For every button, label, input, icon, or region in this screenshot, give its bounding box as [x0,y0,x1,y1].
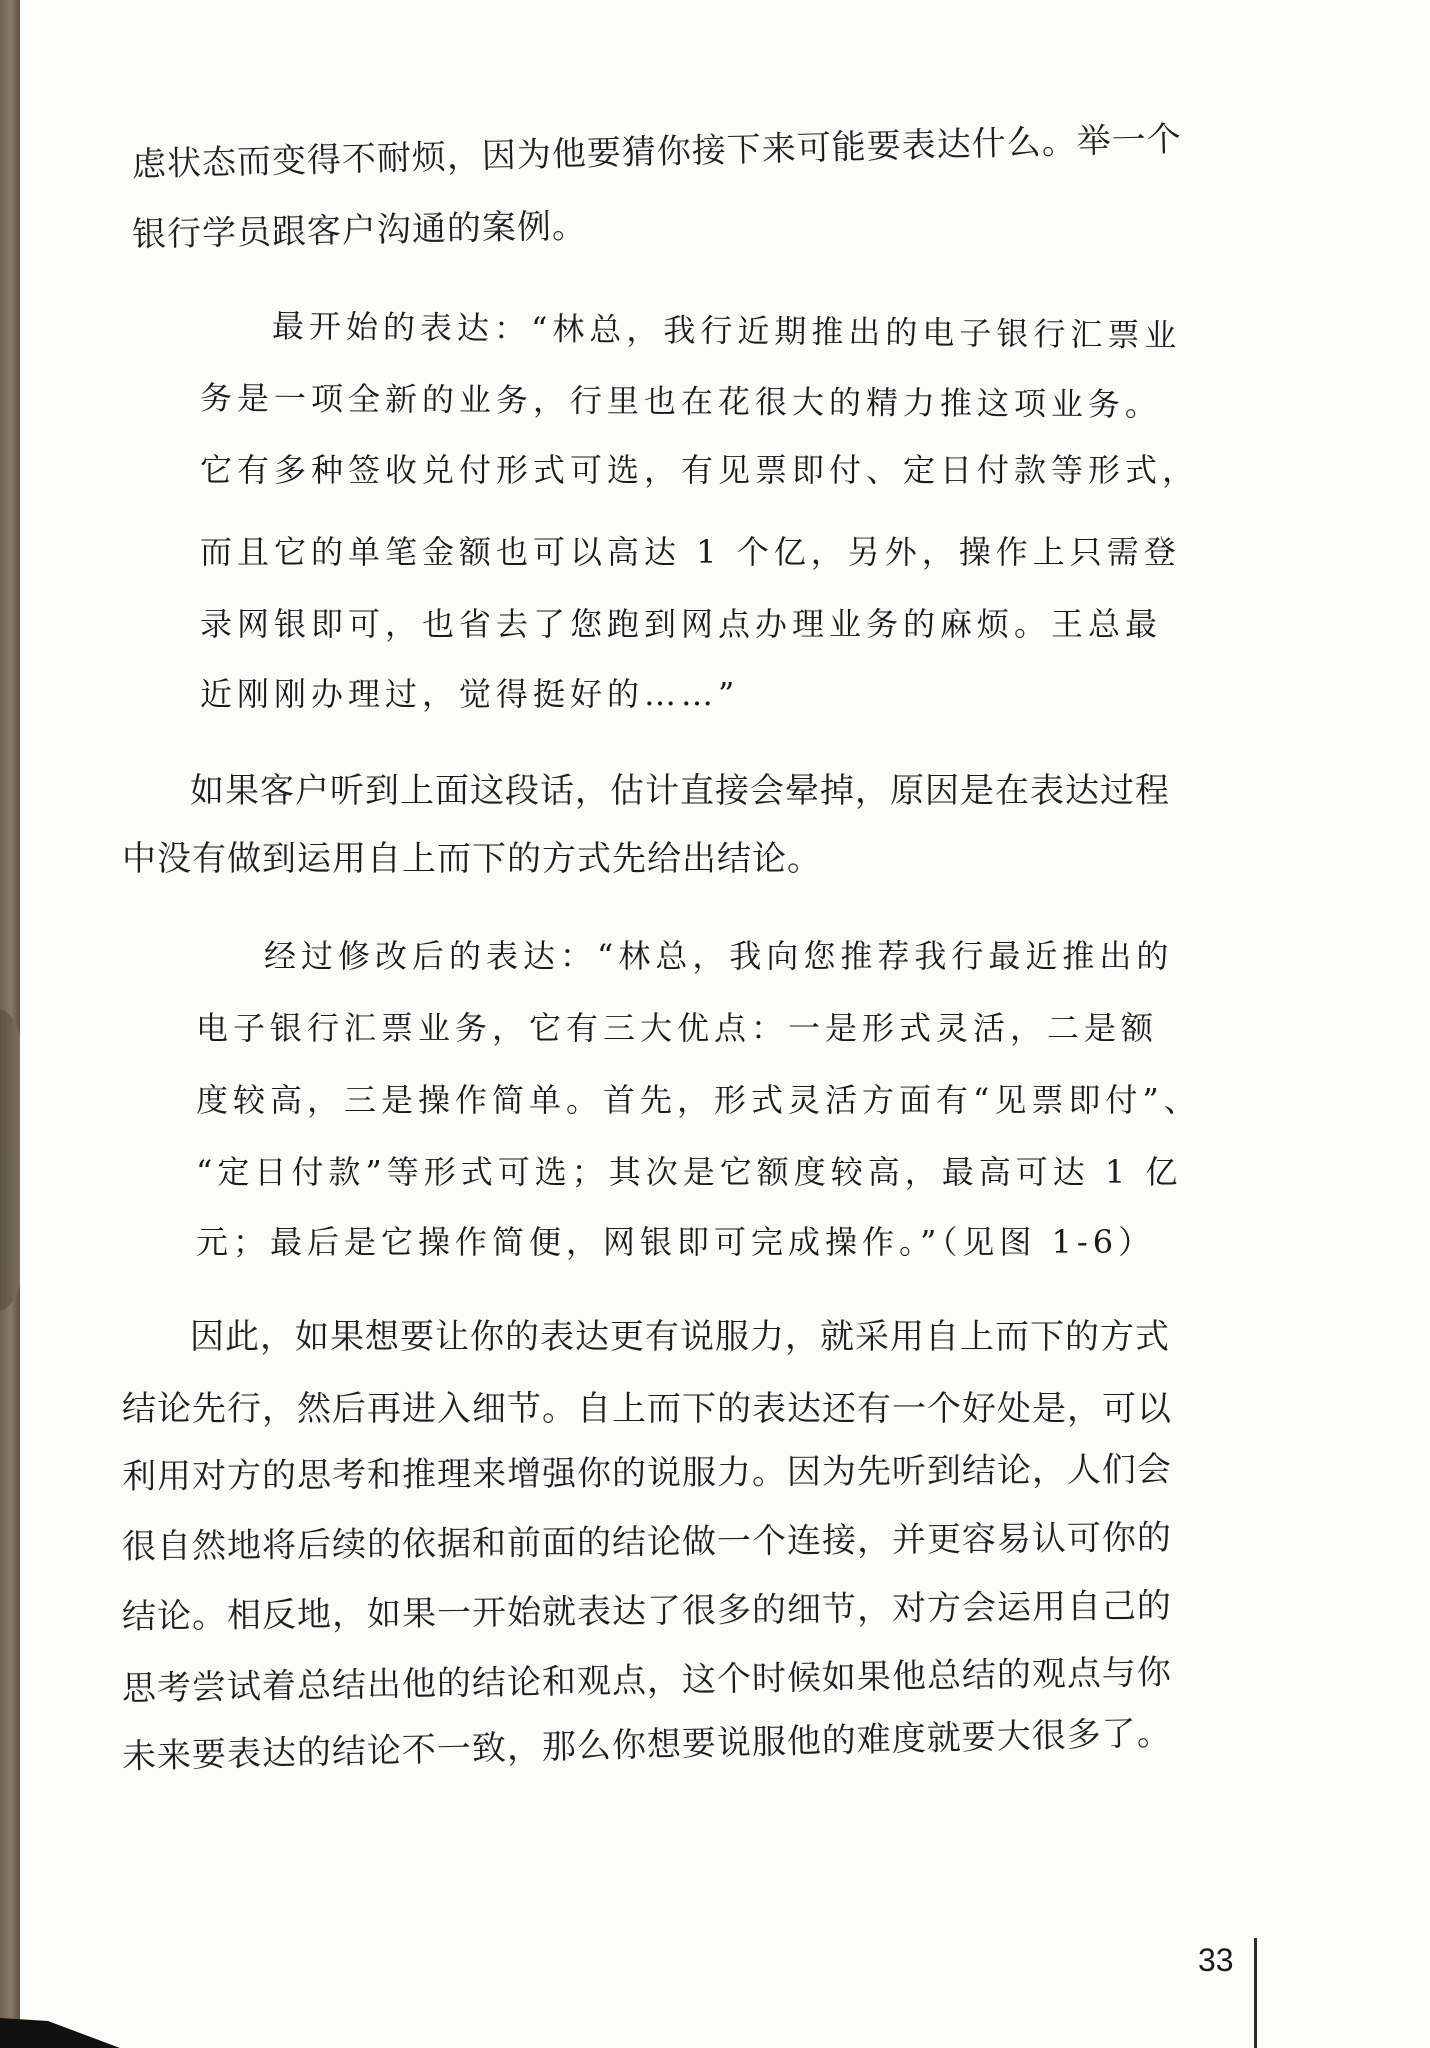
text-line: 虑状态而变得不耐烦，因为他要猜你接下来可能要表达什么。举一个 [132,122,1183,182]
text-line: 未来要表达的结论不一致，那么你想要说服他的难度就要大很多了。 [122,1716,1173,1774]
text-line: 务是一项全新的业务，行里也在花很大的精力推这项业务。 [200,382,1162,421]
text-line: 录网银即可，也省去了您跑到网点办理业务的麻烦。王总最 [200,608,1162,640]
book-page: 虑状态而变得不耐烦，因为他要猜你接下来可能要表达什么。举一个 银行学员跟客户沟通… [20,0,1430,2048]
text-line: 最开始的表达：“林总，我行近期推出的电子银行汇票业 [272,310,1182,352]
text-line: 经过修改后的表达：“林总，我向您推荐我行最近推出的 [264,940,1173,972]
page-number-rule [1254,1938,1257,2048]
text-line: 电子银行汇票业务，它有三大优点：一是形式灵活，二是额 [196,1012,1158,1044]
text-line: 很自然地将后续的依据和前面的结论做一个连接，并更容易认可你的 [122,1521,1172,1564]
text-line: 利用对方的思考和推理来增强你的说服力。因为先听到结论，人们会 [122,1453,1172,1494]
text-line: 思考尝试着总结出他的结论和观点，这个时候如果他总结的观点与你 [122,1656,1172,1706]
text-line: 结论。相反地，如果一开始就表达了很多的细节，对方会运用自己的 [122,1589,1172,1634]
text-line: 度较高，三是操作简单。首先，形式灵活方面有“见票即付”、 [196,1084,1201,1116]
text-line: 近刚刚办理过，觉得挺好的……” [200,678,739,710]
text-line: 中没有做到运用自上而下的方式先给出结论。 [122,842,822,876]
text-line: 银行学员跟客户沟通的案例。 [132,209,588,252]
text-line: 而且它的单笔金额也可以高达 1 个亿，另外，操作上只需登 [200,536,1181,568]
text-line: “定日付款”等形式可选；其次是它额度较高，最高可达 1 亿 [196,1156,1182,1188]
text-line: 结论先行，然后再进入细节。自上而下的表达还有一个好处是，可以 [122,1392,1172,1426]
page-number: 33 [1198,1942,1234,1979]
text-line: 元；最后是它操作简便，网银即可完成操作。”（见图 1-6） [196,1226,1155,1258]
text-line: 它有多种签收兑付形式可选，有见票即付、定日付款等形式， [200,454,1199,486]
text-line: 如果客户听到上面这段话，估计直接会晕掉，原因是在表达过程 [190,774,1170,808]
text-line: 因此，如果想要让你的表达更有说服力，就采用自上而下的方式 [190,1320,1170,1354]
